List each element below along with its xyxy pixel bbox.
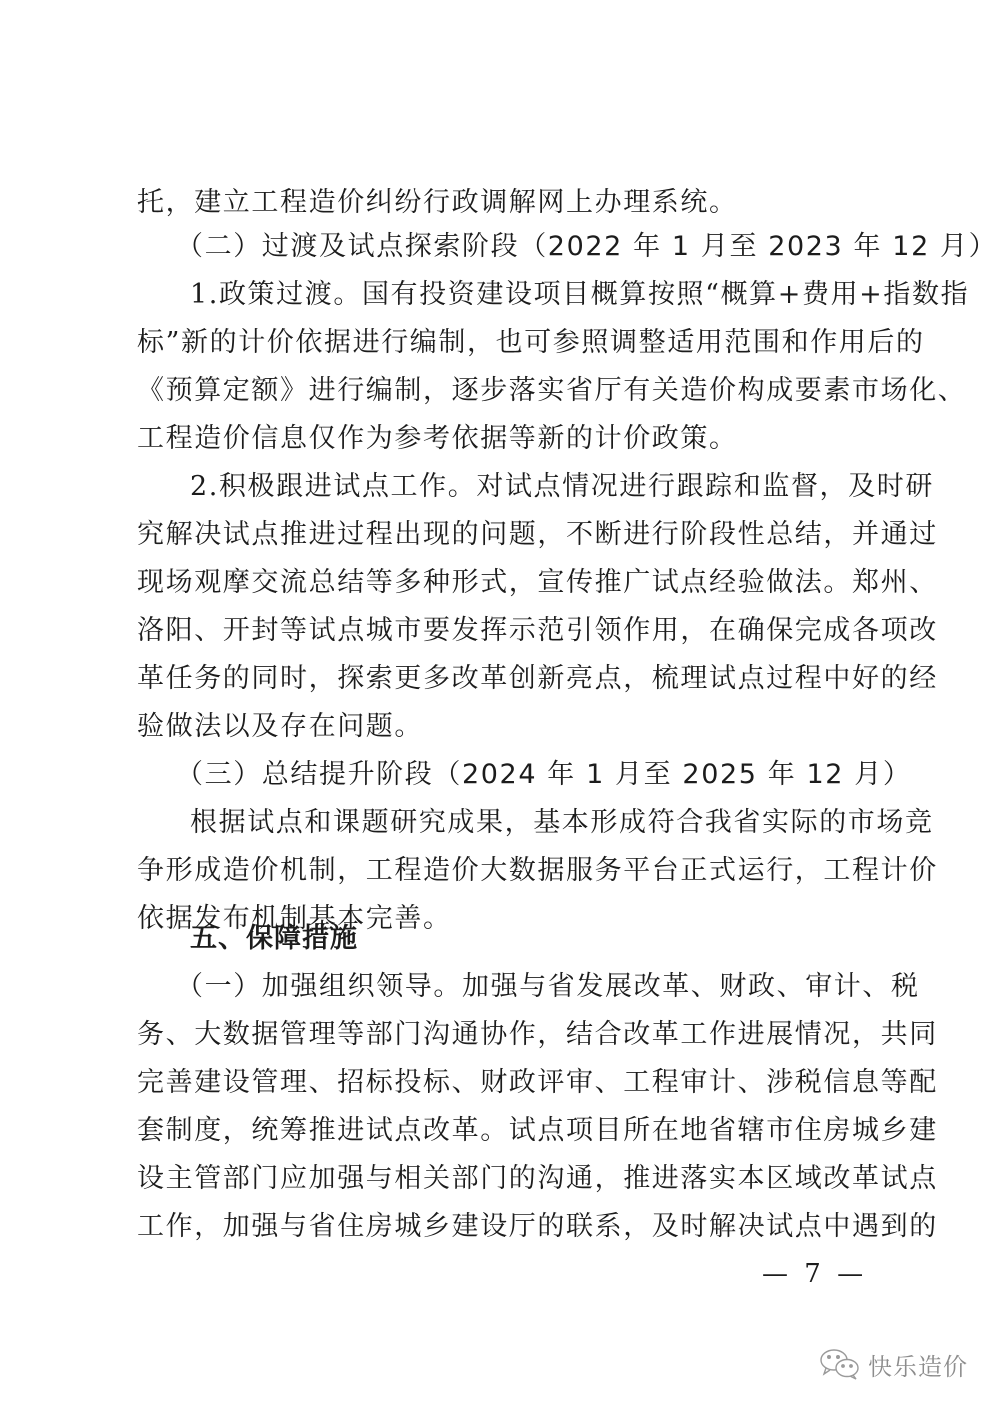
text-line-8: 究解决试点推进过程出现的问题，不断进行阶段性总结，并通过 (137, 518, 863, 552)
text-line-14: 根据试点和课题研究成果，基本形成符合我省实际的市场竞 (190, 806, 916, 840)
text-line-10: 洛阳、开封等试点城市要发挥示范引领作用，在确保完成各项改 (137, 614, 863, 648)
text-line-6: 工程造价信息仅作为参考依据等新的计价政策。 (137, 422, 863, 456)
subheading-transition-phase: （二）过渡及试点探索阶段（2022 年 1 月至 2023 年 12 月） (176, 230, 902, 264)
subheading-summary-phase: （三）总结提升阶段（2024 年 1 月至 2025 年 12 月） (176, 758, 902, 792)
text-line-22: 设主管部门应加强与相关部门的沟通，推进落实本区域改革试点 (137, 1162, 863, 1196)
text-line-policy-transition: 1.政策过渡。国有投资建设项目概算按照“概算+费用+指数指 (190, 278, 916, 312)
text-line-pilot-work: 2.积极跟进试点工作。对试点情况进行跟踪和监督，及时研 (190, 470, 916, 504)
watermark-text: 快乐造价 (868, 1347, 968, 1382)
text-line-15: 争形成造价机制，工程造价大数据服务平台正式运行，工程计价 (137, 854, 863, 888)
text-line-23: 工作，加强与省住房城乡建设厅的联系，及时解决试点中遇到的 (137, 1210, 863, 1244)
text-line-4: 标”新的计价依据进行编制，也可参照调整适用范围和作用后的 (137, 326, 863, 360)
text-line-9: 现场观摩交流总结等多种形式，宣传推广试点经验做法。郑州、 (137, 566, 863, 600)
text-line-20: 完善建设管理、招标投标、财政评审、工程审计、涉税信息等配 (137, 1066, 863, 1100)
text-line-21: 套制度，统筹推进试点改革。试点项目所在地省辖市住房城乡建 (137, 1114, 863, 1148)
text-line-1: 托，建立工程造价纠纷行政调解网上办理系统。 (137, 186, 863, 220)
section-heading-safeguards: 五、保障措施 (190, 922, 916, 956)
page-number: — 7 — (762, 1257, 867, 1291)
document-page: 托，建立工程造价纠纷行政调解网上办理系统。 （二）过渡及试点探索阶段（2022 … (0, 0, 1000, 1414)
watermark: 快乐造价 (818, 1346, 968, 1382)
wechat-icon (818, 1347, 862, 1381)
text-line-12: 验做法以及存在问题。 (137, 710, 863, 744)
text-line-5: 《预算定额》进行编制，逐步落实省厅有关造价构成要素市场化、 (137, 374, 863, 408)
text-line-11: 革任务的同时，探索更多改革创新亮点，梳理试点过程中好的经 (137, 662, 863, 696)
text-line-19: 务、大数据管理等部门沟通协作，结合改革工作进展情况，共同 (137, 1018, 863, 1052)
text-line-org-leadership: （一）加强组织领导。加强与省发展改革、财政、审计、税 (176, 970, 902, 1004)
